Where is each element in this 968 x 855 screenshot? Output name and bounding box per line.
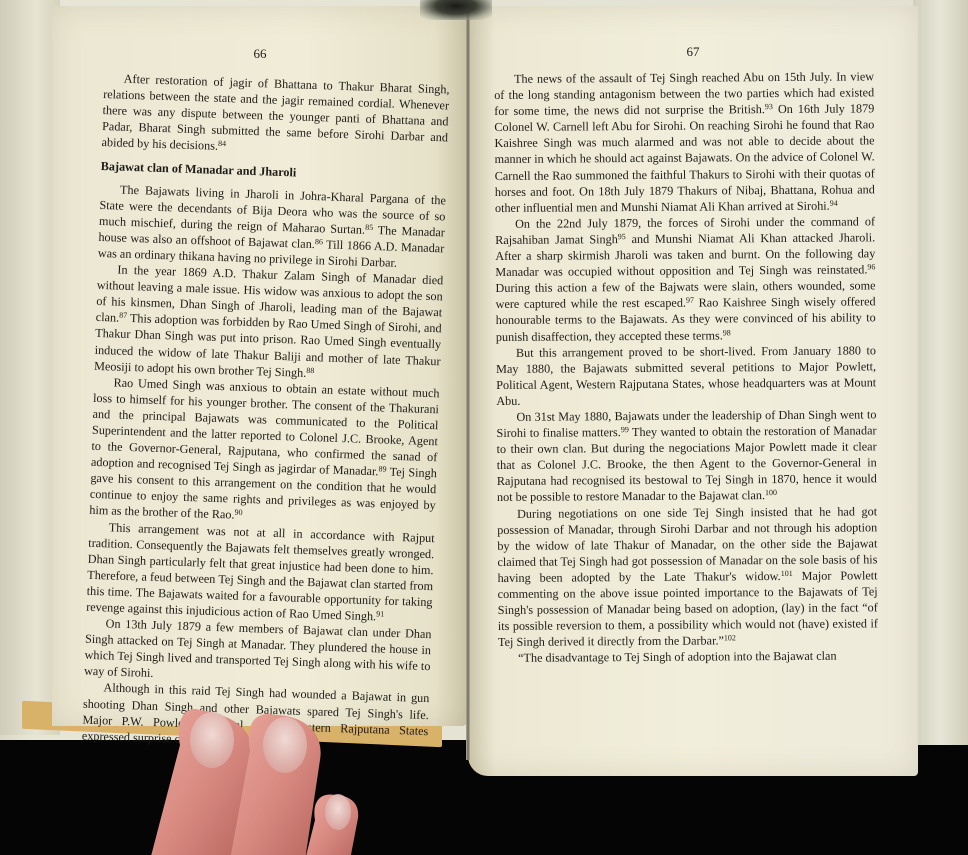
paragraph: After restoration of jagir of Bhattana t… <box>101 70 449 162</box>
footnote-ref: 90 <box>234 508 242 517</box>
left-page-text: After restoration of jagir of Bhattana t… <box>82 70 450 755</box>
right-page-text: The news of the assault of Tej Singh rea… <box>494 68 878 666</box>
footnote-ref: 101 <box>781 569 793 578</box>
right-page: 67 The news of the assault of Tej Singh … <box>468 6 918 776</box>
footnote-ref: 100 <box>765 488 777 497</box>
paragraph: The news of the assault of Tej Singh rea… <box>494 68 875 215</box>
paragraph: On 31st May 1880, Bajawats under the lea… <box>496 406 877 505</box>
footnote-ref: 94 <box>830 198 838 207</box>
book-cover-left-edge <box>0 0 60 735</box>
page-number: 66 <box>52 46 468 62</box>
footnote-ref: 95 <box>618 232 626 241</box>
footnote-ref: 102 <box>724 634 736 643</box>
footnote-ref: 93 <box>765 102 773 111</box>
footnote-ref: 84 <box>218 139 226 148</box>
footnote-ref: 92 <box>299 736 307 745</box>
left-page: 66 After restoration of jagir of Bhattan… <box>52 6 468 726</box>
footnote-ref: 91 <box>376 609 384 618</box>
footnote-ref: 96 <box>867 262 875 271</box>
paragraph: “The disadvantage to Tej Singh of adopti… <box>498 648 878 667</box>
paragraph: On the 22nd July 1879, the forces of Sir… <box>495 213 876 344</box>
paragraph: The Bajawats living in Jharoli in Johra-… <box>98 181 446 273</box>
paragraph: In the year 1869 A.D. Thakur Zalam Singh… <box>94 261 444 385</box>
paragraph: But this arrangement proved to be short-… <box>496 342 876 409</box>
footnote-ref: 88 <box>306 365 314 374</box>
book-spine-top <box>420 0 492 20</box>
paragraph: Rao Umed Singh was anxious to obtain an … <box>89 374 440 530</box>
paragraph: On 13th July 1879 a few members of Bajaw… <box>84 615 432 691</box>
footnote-ref: 98 <box>723 328 731 337</box>
paragraph: During negotiations on one side Tej Sing… <box>497 503 878 650</box>
paragraph: This arrangement was not at all in accor… <box>86 518 435 626</box>
book-cover-right-edge <box>913 0 968 745</box>
page-number: 67 <box>468 44 918 60</box>
book-gutter <box>466 0 470 760</box>
paragraph: Although in this raid Tej Singh had woun… <box>82 679 430 755</box>
